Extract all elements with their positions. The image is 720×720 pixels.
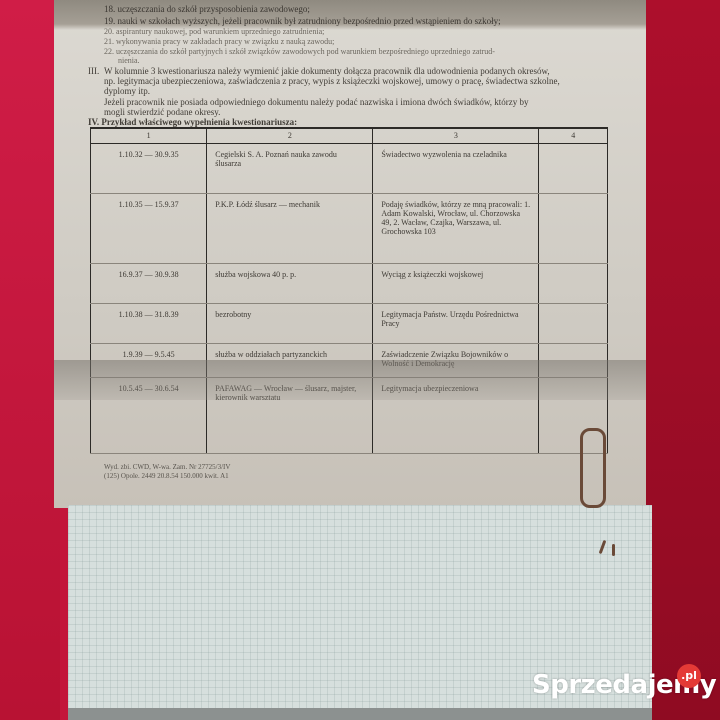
- table-row: 1.10.32 — 30.9.35 Cegielski S. A. Poznań…: [91, 144, 608, 194]
- print-footer-line-1: Wyd. zbi. CWD, W-wa. Zam. Nr 27725/3/IV: [104, 463, 230, 472]
- table-row: 1.10.35 — 15.9.37 P.K.P. Łódź ślusarz — …: [91, 194, 608, 264]
- graph-paper-bottom-edge: [68, 708, 652, 720]
- list-item-text: nienia.: [118, 56, 140, 65]
- list-item-20: 20. aspirantury naukowej, pod warunkiem …: [104, 27, 324, 36]
- list-item-text: uczęszczania do szkół partyjnych i szkół…: [116, 47, 495, 56]
- col4-cell: [539, 144, 608, 194]
- list-item-number: 22.: [104, 47, 114, 56]
- list-item-number: 19.: [104, 16, 115, 26]
- watermark-badge: .pl: [677, 664, 701, 688]
- table-header-row: 1 2 3 4: [91, 128, 608, 144]
- col4-cell: [539, 194, 608, 264]
- list-item-text: wykonywania pracy w zakładach pracy w zw…: [116, 37, 334, 46]
- document-cell: Podaję świadków, którzy ze mną pracowali…: [373, 194, 539, 264]
- list-item-21: 21. wykonywania pracy w zakładach pracy …: [104, 37, 334, 46]
- col4-cell: [539, 264, 608, 304]
- table-row: 1.10.38 — 31.8.39 bezrobotny Legitymacja…: [91, 304, 608, 344]
- column-header-4: 4: [539, 128, 608, 144]
- list-item-18: 18. uczęszczania do szkół przysposobieni…: [104, 4, 310, 14]
- red-background-left: [0, 0, 60, 720]
- list-item-number: 20.: [104, 27, 114, 36]
- employer-cell: Cegielski S. A. Poznań nauka zawodu ślus…: [207, 144, 373, 194]
- list-item-number: 21.: [104, 37, 114, 46]
- list-item-text: uczęszczania do szkół przysposobienia za…: [118, 4, 310, 14]
- document-cell: Wyciąg z książeczki wojskowej: [373, 264, 539, 304]
- col4-cell: [539, 304, 608, 344]
- period-cell: 16.9.37 — 30.9.38: [91, 264, 207, 304]
- period-cell: 1.10.38 — 31.8.39: [91, 304, 207, 344]
- paperclip-mark-icon: [580, 428, 606, 508]
- list-item-22-cont: nienia.: [118, 56, 140, 65]
- document-cell: Świadectwo wyzwolenia na czeladnika: [373, 144, 539, 194]
- employer-cell: P.K.P. Łódź ślusarz — mechanik: [207, 194, 373, 264]
- print-footer: Wyd. zbi. CWD, W-wa. Zam. Nr 27725/3/IV …: [104, 463, 230, 481]
- print-footer-line-2: (125) Opole. 2449 20.8.54 150.000 kwit. …: [104, 472, 230, 481]
- list-item-number: 18.: [104, 4, 115, 14]
- list-item-text: aspirantury naukowej, pod warunkiem uprz…: [116, 27, 324, 36]
- list-item-22: 22. uczęszczania do szkół partyjnych i s…: [104, 47, 495, 56]
- red-background-right: [640, 0, 720, 720]
- column-header-1: 1: [91, 128, 207, 144]
- list-item-19: 19. nauki w szkołach wyższych, jeżeli pr…: [104, 16, 501, 26]
- rust-mark: [612, 544, 615, 556]
- period-cell: 1.10.32 — 30.9.35: [91, 144, 207, 194]
- employer-cell: służba wojskowa 40 p. p.: [207, 264, 373, 304]
- table-row: 16.9.37 — 30.9.38 służba wojskowa 40 p. …: [91, 264, 608, 304]
- section-iv-number: IV.: [88, 117, 99, 127]
- column-header-3: 3: [373, 128, 539, 144]
- section-iv-title: Przykład właściwego wypełnienia kwestion…: [101, 117, 297, 127]
- column-header-2: 2: [207, 128, 373, 144]
- section-iii-line-2: np. legitymacja ubezpieczeniowa, zaświad…: [104, 76, 560, 87]
- example-table: 1 2 3 4 1.10.32 — 30.9.35 Cegielski S. A…: [90, 127, 608, 454]
- fold-shadow-middle: [54, 360, 646, 400]
- document-cell: Legitymacja Państw. Urzędu Pośrednictwa …: [373, 304, 539, 344]
- period-cell: 1.10.35 — 15.9.37: [91, 194, 207, 264]
- list-item-text: nauki w szkołach wyższych, jeżeli pracow…: [118, 16, 501, 26]
- section-iii-line-3: dyplomy itp.: [104, 86, 150, 97]
- section-iii-number: III.: [88, 66, 99, 77]
- employer-cell: bezrobotny: [207, 304, 373, 344]
